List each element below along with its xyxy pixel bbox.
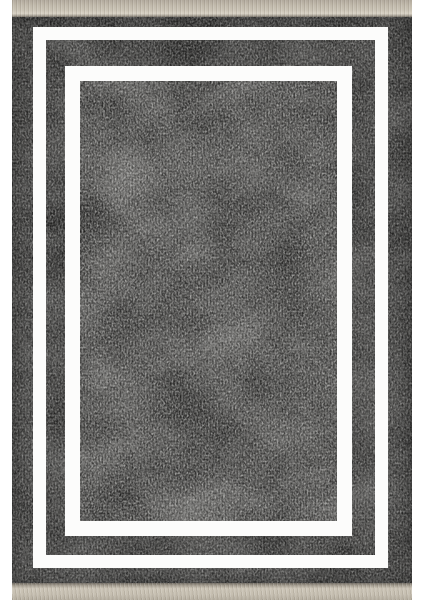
rug	[12, 0, 412, 600]
product-photo	[0, 0, 424, 600]
inner-white-frame	[65, 66, 352, 536]
rug-fringe-bottom-icon	[12, 583, 412, 600]
rug-fringe-top-icon	[12, 0, 412, 17]
